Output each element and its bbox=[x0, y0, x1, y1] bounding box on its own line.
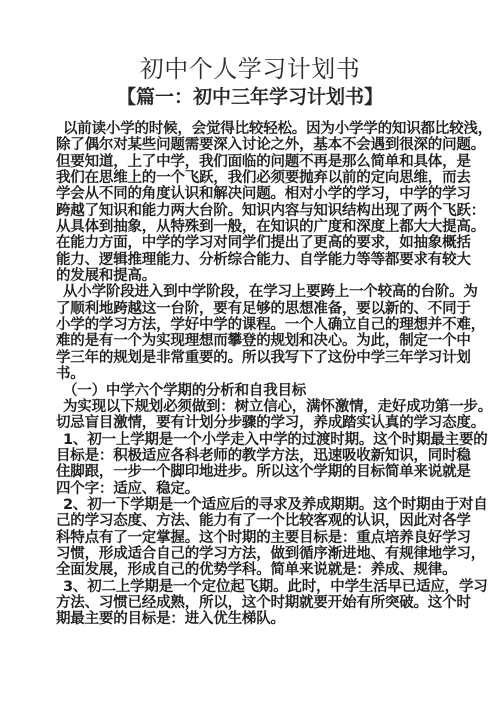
body-line: 2、初一下学期是一个适应后的寻求及养成期期。这个时期由于对自 bbox=[56, 497, 492, 513]
body-line: 住脚跟，一步一个脚印地进步。所以这个学期的目标简单来说就是 bbox=[56, 464, 492, 480]
body-line: 为实现以下规划必须做到：树立信心，满怀激情，走好成功第一步。 bbox=[56, 399, 492, 415]
body-line: 3、初二上学期是一个定位起飞期。此时，中学生活早已适应，学习 bbox=[56, 579, 492, 595]
body-line: 以前读小学的时候，会觉得比较轻松。因为小学学的知识都比较浅， bbox=[56, 121, 492, 137]
body-line: 习惯，形成适合自己的学习方法，做到循序渐进地、有规律地学习， bbox=[56, 546, 492, 562]
body-line: 除了偶尔对某些问题需要深入讨论之外，基本不会遇到很深的问题。 bbox=[56, 137, 492, 153]
body-line: 学三年的规划是非常重要的。所以我写下了这份中学三年学习计划 bbox=[56, 350, 492, 366]
body-line: 期最主要的目标是：进入优生梯队。 bbox=[56, 611, 492, 627]
section-heading: （一）中学六个学期的分析和自我目标 bbox=[56, 383, 492, 399]
body-line: 小学的学习方法，学好中学的课程。一个人确立自己的理想并不难， bbox=[56, 317, 492, 333]
body-line: 方法、习惯已经成熟，所以，这个时期就要开始有所突破。这个时 bbox=[56, 595, 492, 611]
body-line: 四个字：适应、稳定。 bbox=[56, 481, 492, 497]
document-page: 初中个人学习计划书 【篇一：初中三年学习计划书】 以前读小学的时候，会觉得比较轻… bbox=[0, 0, 500, 707]
body-line: 跨越了知识和能力两大台阶。知识内容与知识结构出现了两个飞跃： bbox=[56, 203, 492, 219]
body-line: 从具体到抽象，从特殊到一般，在知识的广度和深度上都大大提高。 bbox=[56, 219, 492, 235]
body-line: 难的是有一个为实现理想而攀登的规划和决心。为此，制定一个中 bbox=[56, 333, 492, 349]
body-line: 能力、逻辑推理能力、分析综合能力、自学能力等等都要求有较大 bbox=[56, 252, 492, 268]
body-line: 了顺利地跨越这一台阶，要有足够的思想准备，要以新的、不同于 bbox=[56, 301, 492, 317]
body-line: 学会从不同的角度认识和解决问题。相对小学的学习，中学的学习 bbox=[56, 186, 492, 202]
body-line: 全面发展，形成自己的优势学科。简单来说就是：养成、规律。 bbox=[56, 562, 492, 578]
document-subtitle: 【篇一：初中三年学习计划书】 bbox=[0, 86, 500, 108]
body-line: 的发展和提高。 bbox=[56, 268, 492, 284]
body-line: 己的学习态度、方法、能力有了一个比较客观的认识，因此对各学 bbox=[56, 513, 492, 529]
body-line: 1、初一上学期是一个小学走入中学的过渡时期。这个时期最主要的 bbox=[56, 432, 492, 448]
body-line: 从小学阶段进入到中学阶段，在学习上要跨上一个较高的台阶。为 bbox=[56, 284, 492, 300]
body-line: 目标是：积极适应各科老师的教学方法，迅速吸收新知识，同时稳 bbox=[56, 448, 492, 464]
body-line: 科特点有了一定掌握。这个时期的主要目标是：重点培养良好学习 bbox=[56, 530, 492, 546]
document-body: 以前读小学的时候，会觉得比较轻松。因为小学学的知识都比较浅， 除了偶尔对某些问题… bbox=[56, 121, 492, 628]
body-line: 切忌盲目激情，要有计划分步骤的学习，养成踏实认真的学习态度。 bbox=[56, 415, 492, 431]
body-line: 在能力方面，中学的学习对同学们提出了更高的要求，如抽象概括 bbox=[56, 235, 492, 251]
document-title: 初中个人学习计划书 bbox=[0, 54, 500, 84]
body-line: 书。 bbox=[56, 366, 492, 382]
body-line: 但要知道，上了中学，我们面临的问题不再是那么简单和具体，是 bbox=[56, 154, 492, 170]
body-line: 我们在思维上的一个飞跃，我们必须要抛弃以前的定向思维，而去 bbox=[56, 170, 492, 186]
